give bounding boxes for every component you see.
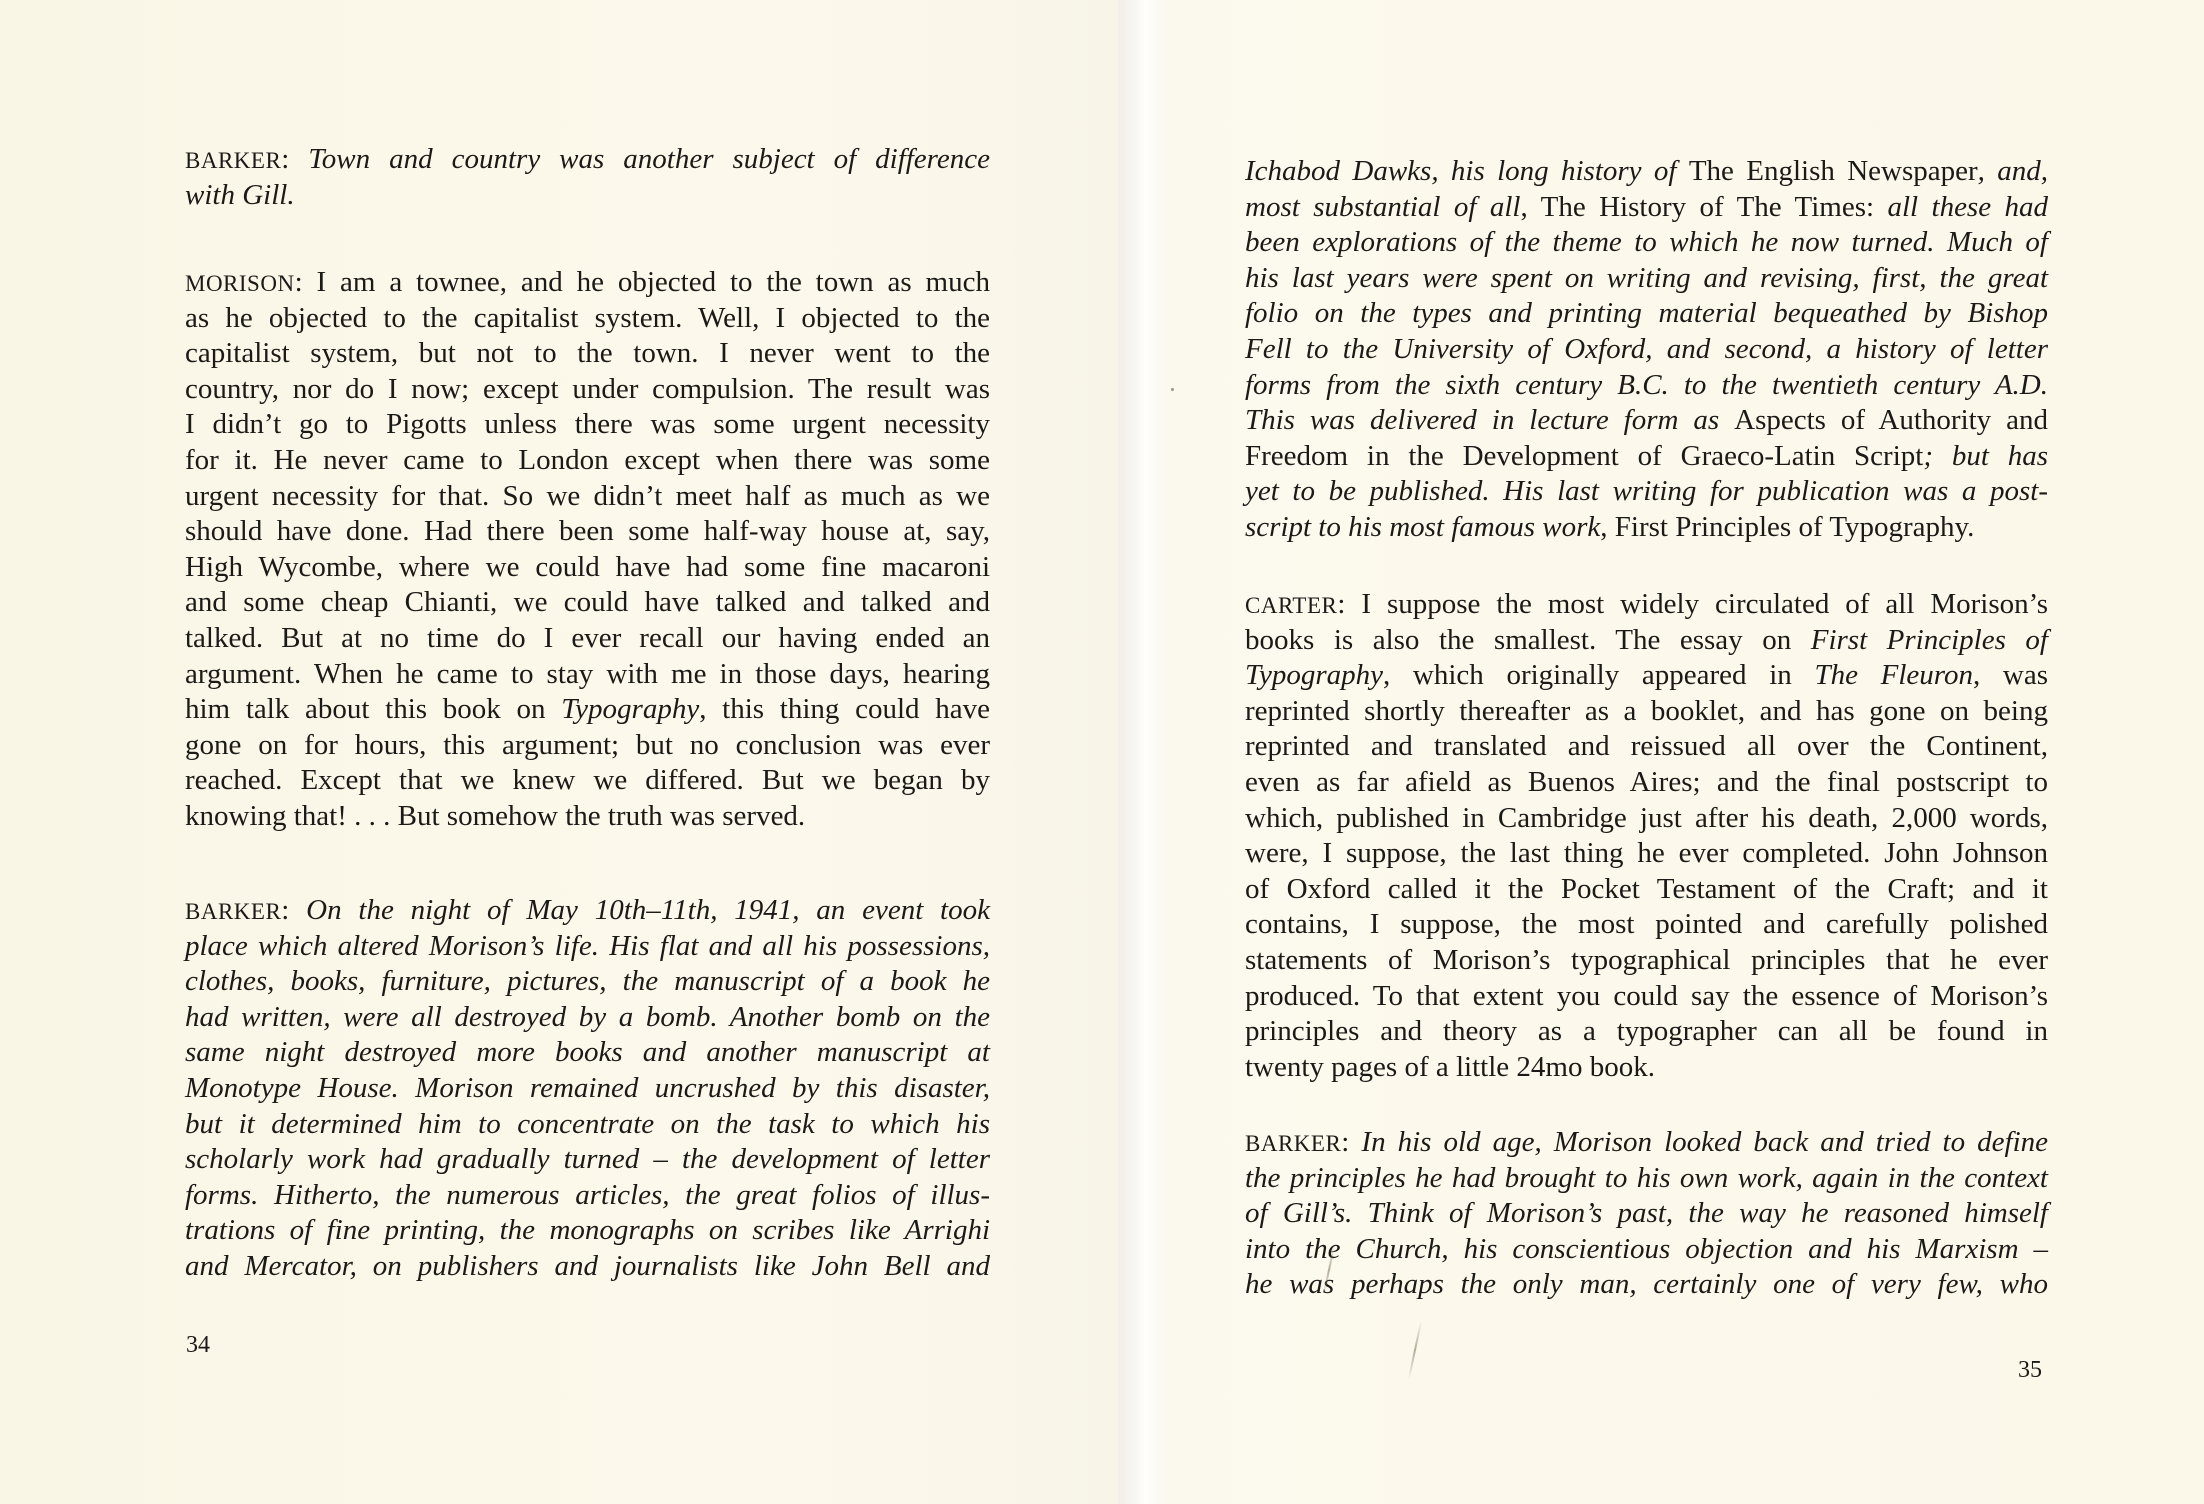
text-line: and some cheap Chianti, we could have ta…: [185, 585, 990, 621]
text-line: talked. But at no time do I ever recall …: [185, 621, 990, 657]
text-line: books is also the smallest. The essay on…: [1245, 623, 2048, 659]
text-line: knowing that! . . . But somehow the trut…: [185, 799, 990, 835]
text-line: BARKER: In his old age, Morison looked b…: [1245, 1125, 2048, 1161]
text-line: MORISON: I am a townee, and he objected …: [185, 265, 990, 301]
text-line: High Wycombe, where we could have had so…: [185, 550, 990, 586]
paragraph-barker-2: BARKER: On the night of May 10th–11th, 1…: [185, 893, 990, 1285]
text-line: CARTER: I suppose the most widely circul…: [1245, 587, 2048, 623]
text-line: and Mercator, on publishers and journali…: [185, 1249, 990, 1285]
text-line: had written, were all destroyed by a bom…: [185, 1000, 990, 1036]
text-line: BARKER: On the night of May 10th–11th, 1…: [185, 893, 990, 929]
paragraph-continuation: Ichabod Dawks, his long history of The E…: [1245, 154, 2048, 546]
speaker-label: BARKER: [1245, 1131, 1341, 1156]
text-line: produced. To that extent you could say t…: [1245, 979, 2048, 1015]
text-line: contains, I suppose, the most pointed an…: [1245, 907, 2048, 943]
text-line: were, I suppose, the last thing he ever …: [1245, 836, 2048, 872]
text-line: reprinted shortly thereafter as a bookle…: [1245, 694, 2048, 730]
text-line: should have done. Had there been some ha…: [185, 514, 990, 550]
text-line: BARKER: Town and country was another sub…: [185, 142, 990, 178]
paragraph-carter: CARTER: I suppose the most widely circul…: [1245, 587, 2048, 1085]
text-line: This was delivered in lecture form as As…: [1245, 403, 2048, 439]
text-line: principles and theory as a typographer c…: [1245, 1014, 2048, 1050]
paragraph-barker-3: BARKER: In his old age, Morison looked b…: [1245, 1125, 2048, 1303]
text-line: the principles he had brought to his own…: [1245, 1161, 2048, 1197]
text-line: twenty pages of a little 24mo book.: [1245, 1050, 2048, 1086]
text-line: of Gill’s. Think of Morison’s past, the …: [1245, 1196, 2048, 1232]
text-line: for it. He never came to London except w…: [185, 443, 990, 479]
text-line: which, published in Cambridge just after…: [1245, 801, 2048, 837]
text-line: argument. When he came to stay with me i…: [185, 657, 990, 693]
book-title: Typography: [561, 693, 699, 725]
text-line: yet to be published. His last writing fo…: [1245, 474, 2048, 510]
text-line: been explorations of the theme to which …: [1245, 225, 2048, 261]
speaker-label: CARTER: [1245, 593, 1337, 618]
text-line: of Oxford called it the Pocket Testament…: [1245, 872, 2048, 908]
text-line: most substantial of all, The History of …: [1245, 190, 2048, 226]
text-line: gone on for hours, this argument; but no…: [185, 728, 990, 764]
page-number-right: 35: [2018, 1357, 2042, 1384]
text-line: Ichabod Dawks, his long history of The E…: [1245, 154, 2048, 190]
text-line: Freedom in the Development of Graeco-Lat…: [1245, 439, 2048, 475]
text-line: with Gill.: [185, 178, 990, 214]
text-line: place which altered Morison’s life. His …: [185, 929, 990, 965]
text-line: his last years were spent on writing and…: [1245, 261, 2048, 297]
paragraph-morison: MORISON: I am a townee, and he objected …: [185, 265, 990, 835]
text-line: but it determined him to concentrate on …: [185, 1107, 990, 1143]
scan-speck: [1171, 388, 1174, 391]
text-line: Typography, which originally appeared in…: [1245, 658, 2048, 694]
text-line: I didn’t go to Pigotts unless there was …: [185, 407, 990, 443]
text-line: reached. Except that we knew we differed…: [185, 763, 990, 799]
text-line: Monotype House. Morison remained uncrush…: [185, 1071, 990, 1107]
text-line: scholarly work had gradually turned – th…: [185, 1142, 990, 1178]
book-spread: BARKER: Town and country was another sub…: [0, 0, 2204, 1504]
text-line: capitalist system, but not to the town. …: [185, 336, 990, 372]
book-gutter: [1118, 0, 1166, 1504]
text-line: as he objected to the capitalist system.…: [185, 301, 990, 337]
text-line: country, nor do I now; except under comp…: [185, 372, 990, 408]
text-line: trations of fine printing, the monograph…: [185, 1213, 990, 1249]
text-line: script to his most famous work, First Pr…: [1245, 510, 2048, 546]
text-line: urgent necessity for that. So we didn’t …: [185, 479, 990, 515]
text-line: him talk about this book on Typography, …: [185, 692, 990, 728]
text-line: forms from the sixth century B.C. to the…: [1245, 368, 2048, 404]
text-line: he was perhaps the only man, certainly o…: [1245, 1267, 2048, 1303]
page-number-left: 34: [186, 1332, 210, 1359]
speaker-label: BARKER: [185, 899, 281, 924]
text-line: same night destroyed more books and anot…: [185, 1035, 990, 1071]
text-line: even as far afield as Buenos Aires; and …: [1245, 765, 2048, 801]
text-line: Fell to the University of Oxford, and se…: [1245, 332, 2048, 368]
text-line: into the Church, his conscientious objec…: [1245, 1232, 2048, 1268]
paragraph-barker-1: BARKER: Town and country was another sub…: [185, 142, 990, 213]
text-line: forms. Hitherto, the numerous articles, …: [185, 1178, 990, 1214]
text-line: statements of Morison’s typographical pr…: [1245, 943, 2048, 979]
speaker-label: MORISON: [185, 271, 295, 296]
text-line: reprinted and translated and reissued al…: [1245, 729, 2048, 765]
text-line: folio on the types and printing material…: [1245, 296, 2048, 332]
text-line: clothes, books, furniture, pictures, the…: [185, 964, 990, 1000]
speaker-label: BARKER: [185, 148, 281, 173]
